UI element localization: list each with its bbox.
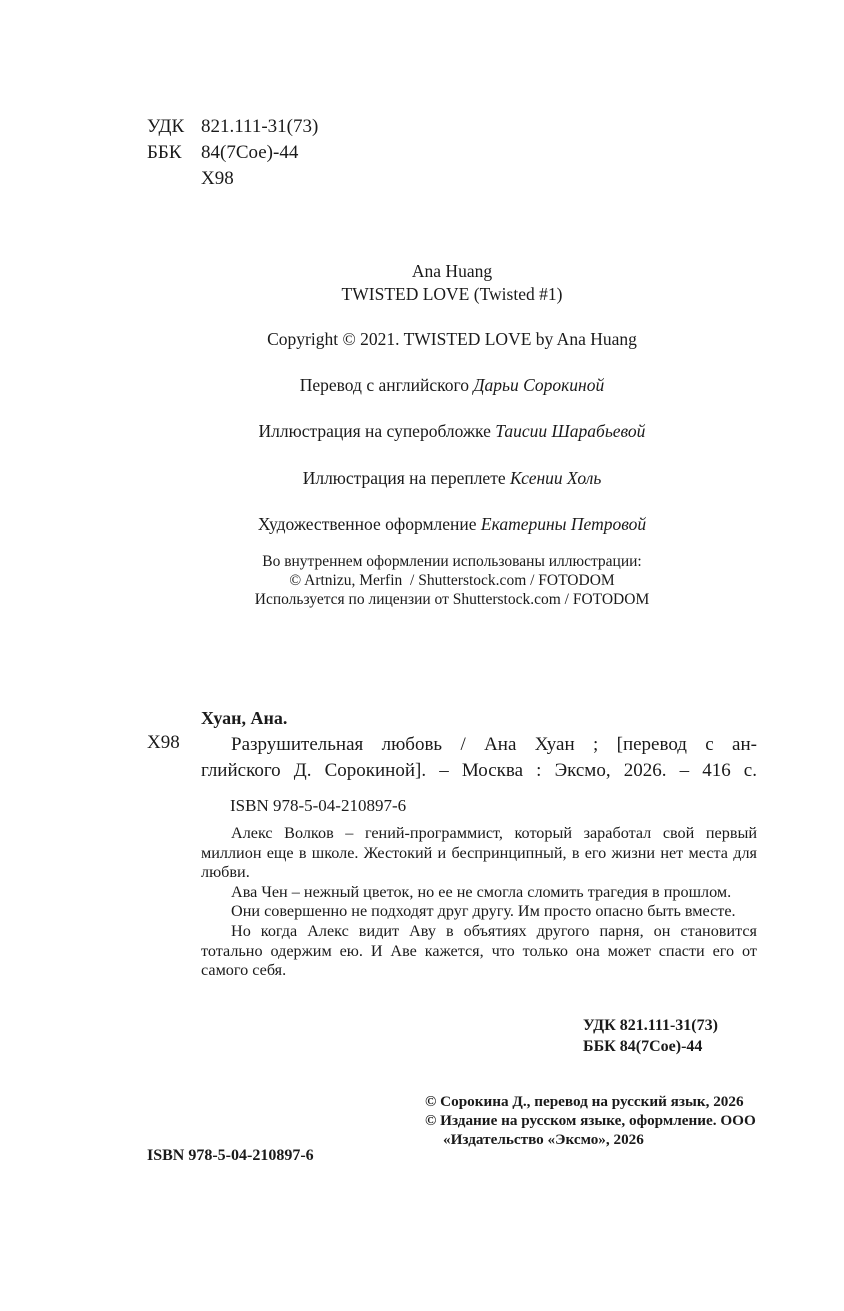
author-mark: Х98	[201, 166, 234, 192]
bbk-label: ББК	[147, 140, 201, 166]
original-author: Ana Huang	[0, 260, 844, 282]
credit-binding: Иллюстрация на переплете Ксении Холь	[0, 467, 844, 489]
credit-dust-jacket: Иллюстрация на суперобложке Таисии Шараб…	[0, 420, 844, 442]
udk-label: УДК	[147, 114, 201, 140]
isbn-bottom: ISBN 978-5-04-210897-6	[147, 1147, 314, 1165]
credit-translation: Перевод с английского Дарьи Сорокиной	[0, 374, 844, 396]
catalog-isbn: ISBN 978-5-04-210897-6	[230, 796, 406, 816]
annotation: Алекс Волков – гений-программист, которы…	[201, 824, 757, 981]
illustrations-line3: Используется по лицензии от Shutterstock…	[0, 590, 844, 609]
catalog-mark: Х98	[147, 732, 180, 754]
illustrations-line2: © Artnizu, Merfin / Shutterstock.com / F…	[0, 571, 844, 590]
udk-value: 821.111-31(73)	[201, 114, 318, 140]
bbk-value: 84(7Сое)-44	[201, 140, 298, 166]
illustrations-line1: Во внутреннем оформлении использованы ил…	[0, 552, 844, 571]
bibliographic-description: Разрушительная любовь / Ана Хуан ; [пере…	[201, 732, 757, 784]
classification-block: УДК821.111-31(73) ББК84(7Сое)-44 Х98	[147, 114, 318, 192]
catalog-author: Хуан, Ана.	[201, 708, 287, 729]
original-copyright: Copyright © 2021. TWISTED LOVE by Ana Hu…	[0, 328, 844, 350]
catalog-codes: УДК 821.111-31(73) ББК 84(7Сое)-44	[583, 1015, 718, 1057]
copyright-notices: © Сорокина Д., перевод на русский язык, …	[425, 1092, 765, 1149]
original-title: TWISTED LOVE (Twisted #1)	[0, 283, 844, 305]
credit-design: Художественное оформление Екатерины Петр…	[0, 513, 844, 535]
